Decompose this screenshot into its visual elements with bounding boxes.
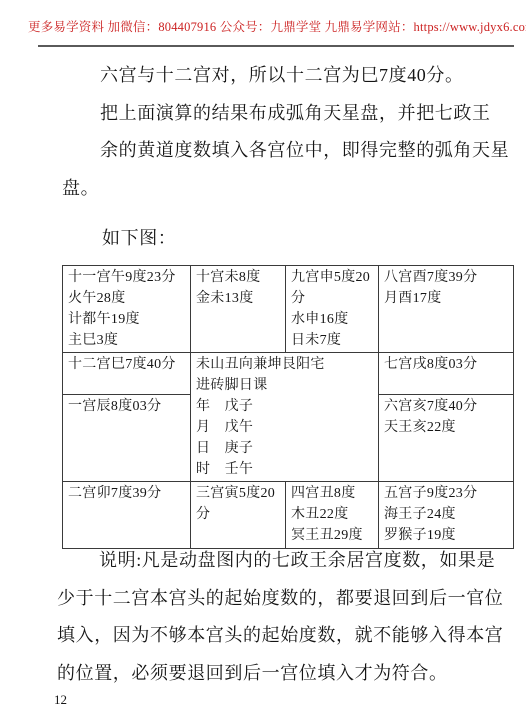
cell-house-6: 六宫亥7度40分 天王亥22度 xyxy=(379,394,514,481)
notes-line-1: 说明:凡是动盘图内的七政王余居宫度数，如果是 xyxy=(99,549,495,571)
notes-line-4: 的位置，必须要退回到后一宫位填入才为符合。 xyxy=(57,662,448,684)
body-line-2: 把上面演算的结果布成弧角天星盘，并把七政王 xyxy=(100,102,491,124)
body-line-4: 盘。 xyxy=(62,177,99,199)
body-line-3: 余的黄道度数填入各宫位中，即得完整的弧角天星 xyxy=(100,139,509,161)
page-number: 12 xyxy=(54,692,67,708)
document-page: 更多易学资料 加微信：804407916 公众号：九鼎学堂 九鼎易学网站：htt… xyxy=(0,0,526,723)
cell-house-11: 十一宫午9度23分 火午28度 计都午19度 主巳3度 xyxy=(63,266,191,353)
cell-house-12: 十二宫巳7度40分 xyxy=(63,353,191,395)
cell-house-2: 二宫卯7度39分 xyxy=(63,482,191,549)
cell-house-7: 七宫戌8度03分 xyxy=(379,353,514,395)
notes-line-3: 填入，因为不够本宫头的起始度数，就不能够入得本宫 xyxy=(57,624,503,646)
body-line-1: 六宫与十二宫对，所以十二宫为巳7度40分。 xyxy=(100,64,464,86)
header-divider xyxy=(38,45,514,47)
cell-center-date: 未山丑向兼坤艮阳宅 进砖脚日课 年 戊子 月 戊午 日 庚子 时 壬午 xyxy=(191,353,379,482)
figure-caption: 如下图： xyxy=(102,227,176,249)
cell-house-3: 三宫寅5度20分 xyxy=(191,482,286,549)
header-notice: 更多易学资料 加微信：804407916 公众号：九鼎学堂 九鼎易学网站：htt… xyxy=(28,17,524,35)
natal-chart-table: 十一宫午9度23分 火午28度 计都午19度 主巳3度 十宫未8度 金未13度 … xyxy=(62,265,514,549)
cell-house-9: 九宫申5度20分 水申16度 日未7度 xyxy=(286,266,379,353)
cell-house-4: 四宫丑8度 木丑22度 冥王丑29度 xyxy=(286,482,379,549)
cell-house-10: 十宫未8度 金未13度 xyxy=(191,266,286,353)
cell-house-5: 五宫子9度23分 海王子24度 罗猴子19度 xyxy=(379,482,514,549)
cell-house-1: 一宫辰8度03分 xyxy=(63,394,191,481)
cell-house-8: 八宫酉7度39分 月酉17度 xyxy=(379,266,514,353)
notes-line-2: 少于十二宫本宫头的起始度数的，都要退回到后一官位 xyxy=(57,587,503,609)
